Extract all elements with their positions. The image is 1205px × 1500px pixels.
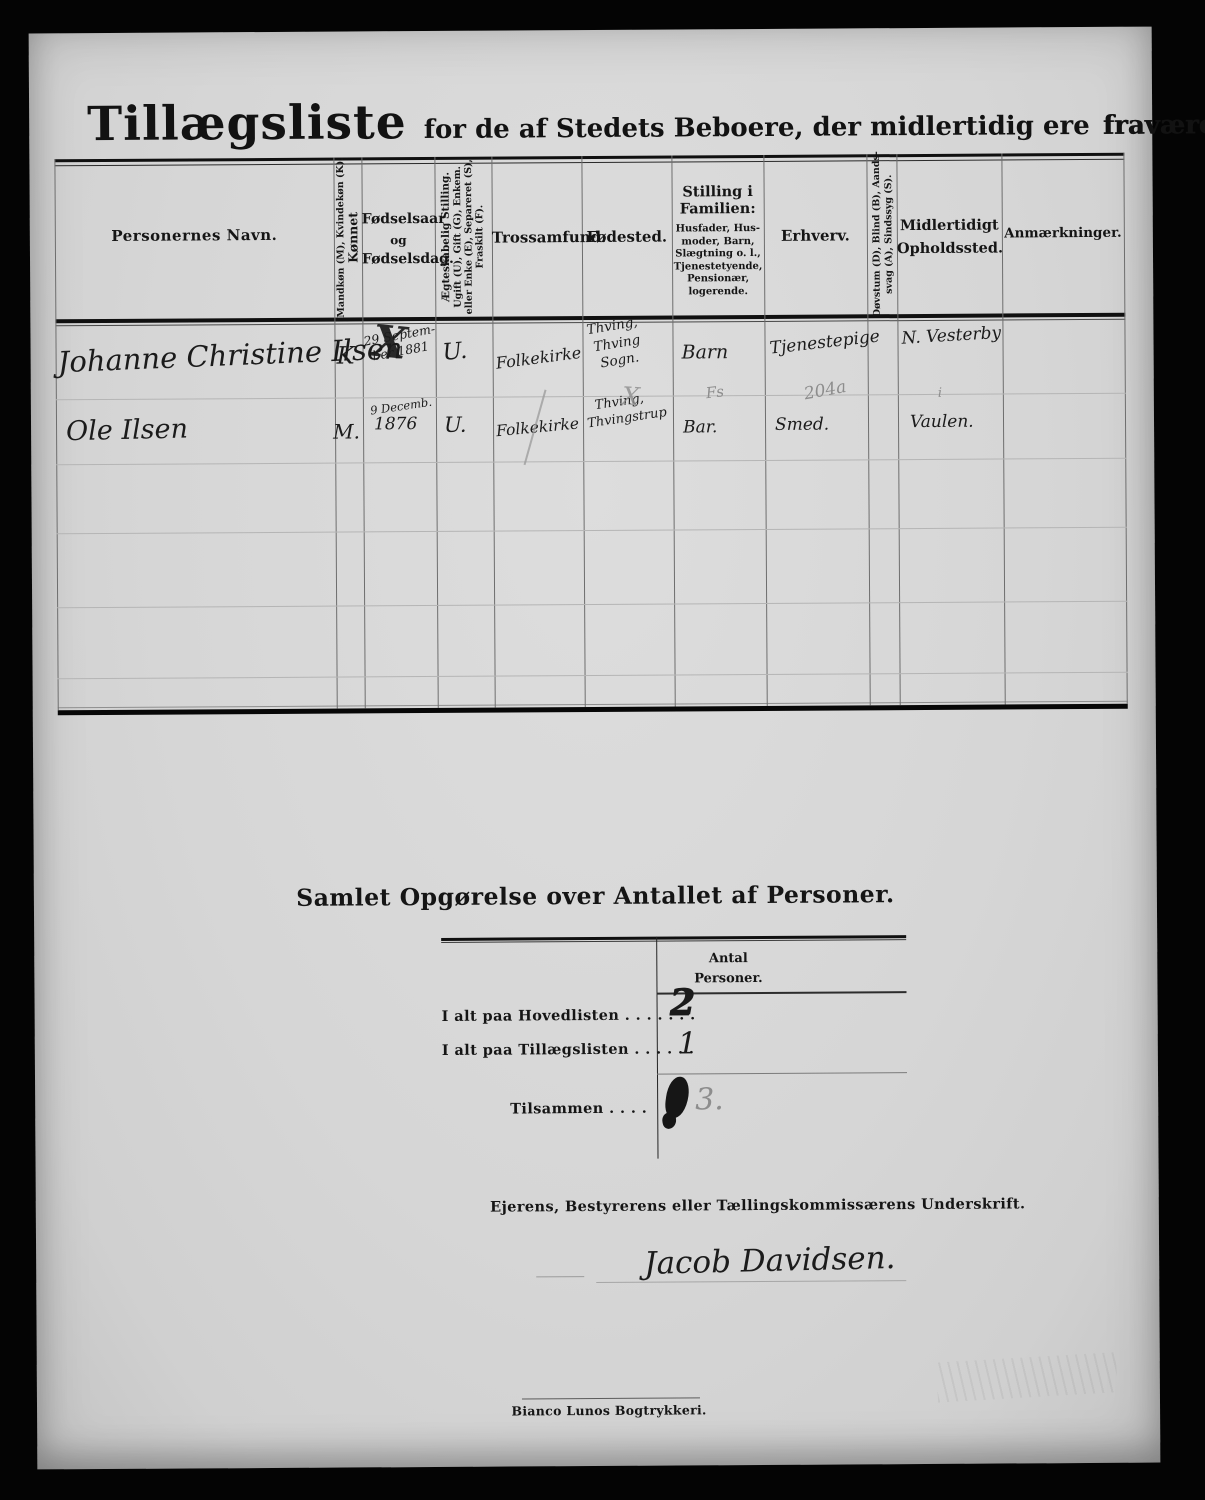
entry-marital: U.	[441, 338, 468, 366]
signature-dash	[536, 1276, 584, 1277]
entry-stay-pencil-note: i	[938, 386, 942, 401]
col-header-aegteskabelig-2: eller Enke (E), Separeret (S),	[463, 159, 475, 314]
entry-birthdate-year: 1876	[374, 414, 417, 434]
col-header-aegteskabelig-0: Ægteskabelig Stilling.	[439, 172, 452, 302]
page-title: Tillægsliste for de af Stedets Beboere, …	[87, 90, 1205, 152]
col-header-dovstum-0: Døvstum (D), Blind (B), Aands-	[871, 151, 883, 317]
entry-occupation: Smed.	[775, 415, 829, 435]
census-table: Personernes Navn. Kønnet Mandkøn (M), Kv…	[54, 153, 1127, 716]
summary-row-label-tilsammen: Tilsammen . . . .	[442, 1100, 647, 1118]
row-line	[58, 672, 1128, 680]
paper-sheet: Tillægsliste for de af Stedets Beboere, …	[29, 27, 1161, 1470]
page-title-rest: for de af Stedets Beboere, der midlertid…	[424, 111, 1090, 145]
entry-faith: Folkekirke	[495, 343, 582, 373]
col-header-konnet-sub: Mandkøn (M), Kvindekøn (K).	[335, 157, 347, 317]
col-header-personernes-navn: Personernes Navn.	[55, 226, 334, 246]
entry-sex: K	[337, 341, 355, 369]
page-title-emphasis: fraværende.	[1103, 110, 1205, 141]
printer-imprint: Bianco Lunos Bogtrykkeri.	[489, 1402, 729, 1418]
header-subline: Husfader, Hus-	[672, 223, 764, 236]
row-line	[57, 601, 1127, 609]
summary-row-label-hovedlisten: I alt paa Hovedlisten . . . . . . .	[442, 1007, 647, 1025]
entry-occupation: Tjenestepige	[769, 327, 881, 359]
col-header-midlertidigt-opholdssted: Midlertidigt Opholdssted.	[897, 214, 1002, 261]
col-header-anmaerkninger: Anmærkninger.	[1002, 225, 1124, 242]
entry-family-position: Bar.	[683, 417, 717, 437]
entry-family-position: Barn	[682, 341, 729, 363]
col-header-aegteskabelig-1: Ugift (U), Gift (G), Enkem.	[452, 166, 464, 308]
header-subline: Pensionær,	[672, 273, 764, 286]
col-header-konnet-main: Kønnet	[345, 212, 360, 263]
entry-birthplace: Thving, Thving Sogn.	[586, 314, 645, 374]
header-subline: Slægtning o. l.,	[672, 248, 764, 261]
entry-name: Ole Ilsen	[66, 413, 189, 447]
scanned-census-page: { "colors": { "ink": "#1b1b1b", "pencil"…	[0, 0, 1205, 1500]
entry-temporary-stay: N. Vesterby	[901, 323, 1002, 349]
entry-family-pencil-note: Fs	[705, 382, 725, 402]
col-header-fodselsaar: Fødselsaar og Fødselsdag.	[362, 209, 435, 271]
entry-sex: M.	[333, 419, 360, 443]
header-line: Familien:	[672, 200, 764, 218]
column-line	[434, 157, 438, 708]
entry-occupation-pencil-note: 204a	[802, 377, 847, 404]
col-header-aegteskabelig-3: Fraskilt (F).	[474, 205, 485, 269]
page-title-main: Tillægsliste	[87, 95, 407, 152]
summary-value-tillaegslisten: 1	[678, 1026, 697, 1061]
entry-birthdate-strike: X	[370, 316, 409, 370]
table-top-rule	[54, 153, 1124, 162]
summary-subtotal-rule	[657, 1072, 907, 1075]
col-header-fodested: Fødested.	[582, 228, 672, 247]
header-line: og	[362, 231, 435, 250]
header-subline: Tjenestetyende,	[672, 260, 764, 273]
signature-label: Ejerens, Bestyrerens eller Tællingskommi…	[458, 1195, 1058, 1216]
header-line: Stilling i	[672, 183, 764, 201]
header-line: Opholdssted.	[897, 237, 1002, 261]
header-subline: logerende.	[672, 285, 764, 298]
column-line	[1123, 153, 1127, 704]
summary-col-header-line: Antal	[663, 949, 793, 969]
column-line	[866, 154, 870, 705]
col-header-stilling-i-familien: Stilling i Familien: Husfader, Hus- mode…	[672, 183, 765, 299]
col-header-trossamfund: Trossamfund.	[492, 228, 582, 247]
col-header-erhverv: Erhverv.	[764, 226, 867, 245]
header-subline: moder, Barn,	[672, 235, 764, 248]
summary-row-label-tillaegslisten: I alt paa Tillægslisten . . . . . .	[442, 1041, 647, 1059]
signature-line	[596, 1280, 906, 1283]
summary-heading: Samlet Opgørelse over Antallet af Person…	[34, 879, 1157, 914]
summary-value-tilsammen: 3.	[695, 1082, 724, 1117]
summary-table: Antal Personer. I alt paa Hovedlisten . …	[441, 935, 907, 1168]
pencil-x-mark: X	[621, 381, 641, 411]
header-line: Fødselsaar	[362, 209, 435, 231]
header-line: Midlertidigt	[897, 214, 1002, 238]
col-header-dovstum-1: svag (A), Sindssyg (S).	[883, 175, 895, 294]
summary-value-hovedlisten: 2	[669, 981, 694, 1023]
header-line: Fødselsdag.	[362, 249, 435, 271]
row-line	[56, 458, 1126, 466]
entry-marital: U.	[444, 413, 467, 437]
signature-name: Jacob Davidsen.	[644, 1240, 896, 1282]
pencil-smudge	[936, 1352, 1118, 1402]
row-line	[57, 527, 1127, 535]
printer-rule	[522, 1397, 700, 1399]
entry-temporary-stay: Vaulen.	[910, 412, 974, 432]
